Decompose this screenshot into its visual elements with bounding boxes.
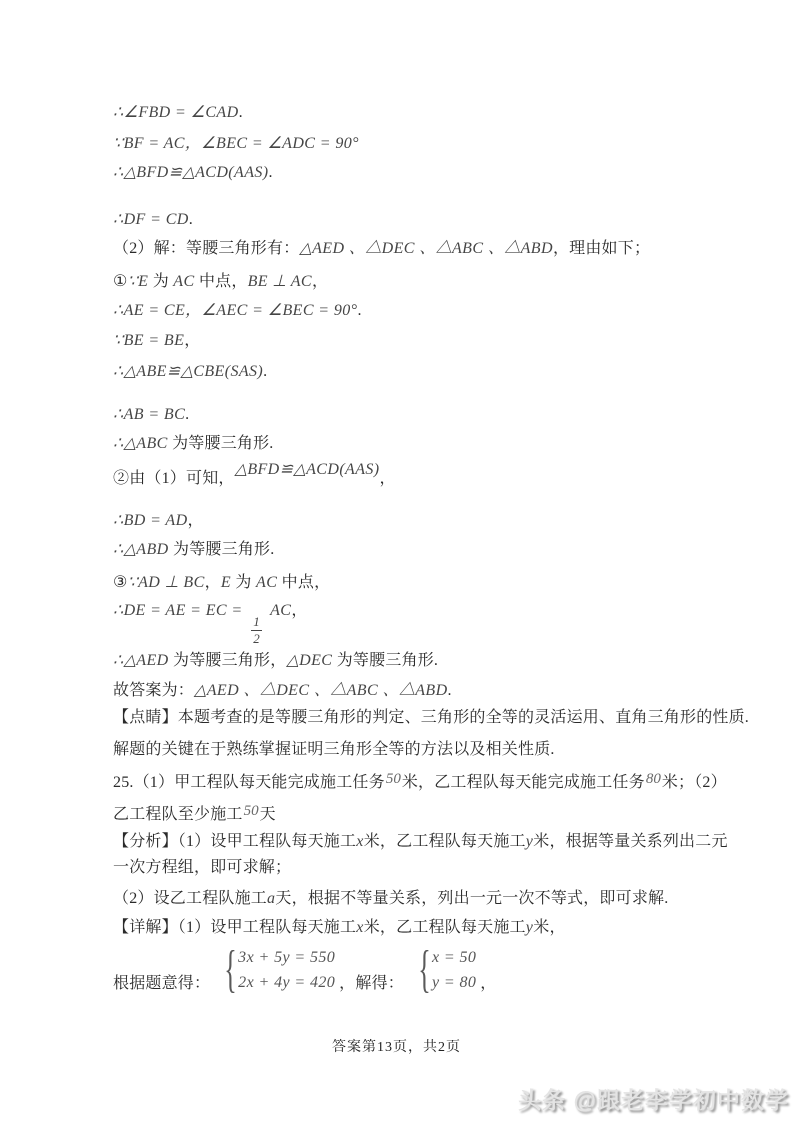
- text-segment: .: [358, 302, 362, 319]
- text-segment: 【点睛】本题考查的是等腰三角形的判定、三角形的全等的灵活运用、直角三角形的性质.: [113, 709, 749, 726]
- text-line: ∴△AED 为等腰三角形，△DEC 为等腰三角形.: [113, 650, 438, 672]
- text-segment: .: [185, 406, 189, 423]
- text-segment: 天: [260, 806, 276, 823]
- text-line: ∴DE = AE = EC = 12 AC，: [113, 600, 308, 645]
- text-segment: 乙工程队至少施工: [113, 806, 243, 823]
- text-segment: ③: [113, 574, 128, 591]
- text-segment: .: [448, 682, 452, 699]
- math-segment: 50: [244, 803, 259, 819]
- text-segment: （2）解：等腰三角形有：: [113, 240, 299, 257]
- math-segment: △BFD≌△ACD(AAS): [235, 461, 380, 478]
- math-segment: 80: [646, 771, 661, 787]
- text-line: ∵BF = AC，∠BEC = ∠ADC = 90°: [113, 133, 359, 155]
- math-segment: ∴∠FBD = ∠CAD: [113, 104, 239, 121]
- text-line: ∴∠FBD = ∠CAD.: [113, 102, 243, 124]
- math-segment: AC: [266, 602, 291, 619]
- text-line: （2）解：等腰三角形有：△AED 、△DEC 、△ABC 、△ABD，理由如下；: [113, 238, 650, 260]
- text-segment: .: [189, 211, 193, 228]
- text-segment: ，: [380, 470, 396, 487]
- text-segment: ，: [480, 973, 496, 996]
- equation-system: {3x + 5y = 5502x + 4y = 420: [218, 944, 335, 996]
- math-segment: △DEC: [286, 652, 336, 669]
- math-segment: ∴△ABD: [113, 541, 173, 558]
- text-segment: ，: [205, 574, 221, 591]
- text-segment: ，: [188, 512, 204, 529]
- math-segment: ∴△BFD≌△ACD(AAS): [113, 164, 269, 181]
- text-line: ②由（1）可知，△BFD≌△ACD(AAS)，: [113, 468, 396, 490]
- text-segment: ，: [184, 332, 200, 349]
- text-segment: 为: [153, 273, 169, 290]
- left-brace: {: [224, 944, 236, 996]
- math-segment: x: [356, 833, 364, 850]
- math-segment: ∴DE = AE = EC =: [113, 602, 247, 619]
- math-segment: ∴AB = BC: [113, 406, 185, 423]
- text-segment: .: [263, 363, 267, 380]
- text-segment: .: [239, 104, 243, 121]
- text-line: 乙工程队至少施工50天: [113, 804, 276, 826]
- fraction: 12: [251, 615, 262, 645]
- text-segment: 米，: [533, 919, 565, 936]
- math-segment: △AED 、△DEC 、△ABC 、△ABD: [299, 240, 553, 257]
- text-segment: 米，根据等量关系列出二元: [533, 833, 727, 850]
- math-segment: ∵AD ⊥ BC: [128, 574, 205, 591]
- text-segment: 天，根据不等量关系，列出一元一次不等式，即可求解.: [275, 890, 668, 907]
- text-segment: 为: [235, 574, 251, 591]
- equation-row: 3x + 5y = 550: [238, 945, 335, 970]
- text-segment: ②由（1）可知，: [113, 470, 235, 487]
- math-segment: AC: [252, 574, 282, 591]
- text-segment: 【详解】（1）设甲工程队每天施工: [113, 919, 356, 936]
- text-segment: （2）设乙工程队施工: [113, 890, 267, 907]
- math-segment: E: [221, 574, 236, 591]
- text-segment: 米，乙工程队每天施工: [364, 833, 526, 850]
- text-line: ∴△ABD 为等腰三角形.: [113, 539, 274, 561]
- text-segment: ，: [291, 602, 307, 619]
- math-segment: ∵E: [128, 273, 153, 290]
- text-segment: 米；（2）: [662, 774, 727, 791]
- math-segment: ∴BD = AD: [113, 512, 188, 529]
- text-segment: .: [269, 164, 273, 181]
- equation-row: y = 80: [432, 970, 476, 995]
- answer-content: ∴∠FBD = ∠CAD.∵BF = AC，∠BEC = ∠ADC = 90°∴…: [113, 0, 713, 1030]
- math-segment: x: [356, 919, 364, 936]
- text-line: ∴AE = CE，∠AEC = ∠BEC = 90°.: [113, 300, 362, 322]
- equation-system: {x = 50y = 80: [412, 944, 476, 996]
- text-segment: ，: [312, 273, 328, 290]
- text-line: 解题的关键在于熟练掌握证明三角形全等的方法以及相关性质.: [113, 739, 555, 761]
- text-segment: 25.（1）甲工程队每天能完成施工任务: [113, 774, 385, 791]
- math-segment: ∴DF = CD: [113, 211, 189, 228]
- text-segment: 为等腰三角形.: [337, 652, 438, 669]
- math-segment: ∴△AED: [113, 652, 173, 669]
- text-line: ∴△BFD≌△ACD(AAS).: [113, 162, 273, 184]
- text-segment: ①: [113, 273, 128, 290]
- text-line: 【点睛】本题考查的是等腰三角形的判定、三角形的全等的灵活运用、直角三角形的性质.: [113, 707, 749, 729]
- left-brace: {: [418, 944, 430, 996]
- text-segment: 米，乙工程队每天施工: [364, 919, 526, 936]
- text-segment: 中点，: [199, 273, 248, 290]
- text-segment: 解题的关键在于熟练掌握证明三角形全等的方法以及相关性质.: [113, 741, 555, 758]
- text-line: 根据题意得：{3x + 5y = 5502x + 4y = 420，解得：{x …: [113, 944, 496, 996]
- text-line: 【分析】（1）设甲工程队每天施工x米，乙工程队每天施工y米，根据等量关系列出二元: [113, 831, 728, 853]
- text-line: ∴BD = AD，: [113, 510, 204, 532]
- text-segment: ，理由如下；: [553, 240, 650, 257]
- text-segment: 故答案为：: [113, 682, 194, 699]
- text-line: 一次方程组，即可求解；: [113, 857, 291, 879]
- text-segment: 为等腰三角形.: [173, 541, 274, 558]
- text-line: 故答案为：△AED 、△DEC 、△ABC 、△ABD.: [113, 680, 452, 702]
- text-line: ∴△ABC 为等腰三角形.: [113, 433, 274, 455]
- text-line: ①∵E 为 AC 中点，BE ⊥ AC，: [113, 271, 328, 293]
- page-footer: 答案第13页，共2页: [0, 1036, 793, 1056]
- document-page: ∴∠FBD = ∠CAD.∵BF = AC，∠BEC = ∠ADC = 90°∴…: [0, 0, 793, 1121]
- text-segment: 【分析】（1）设甲工程队每天施工: [113, 833, 356, 850]
- text-segment: 中点，: [282, 574, 331, 591]
- equation-row: x = 50: [432, 945, 476, 970]
- math-segment: △AED 、△DEC 、△ABC 、△ABD: [194, 682, 448, 699]
- text-line: ∴DF = CD.: [113, 209, 193, 231]
- math-segment: AC: [169, 273, 199, 290]
- text-segment: 为等腰三角形，: [173, 652, 286, 669]
- text-line: ∴AB = BC.: [113, 404, 189, 426]
- text-line: （2）设乙工程队施工a天，根据不等量关系，列出一元一次不等式，即可求解.: [113, 888, 668, 910]
- math-segment: ∴AE = CE，∠AEC = ∠BEC = 90°: [113, 302, 358, 319]
- text-line: ∴△ABE≌△CBE(SAS).: [113, 361, 267, 383]
- math-segment: ∵BE = BE: [113, 332, 184, 349]
- text-segment: 根据题意得：: [113, 973, 210, 996]
- text-segment: 为等腰三角形.: [172, 435, 273, 452]
- equation-row: 2x + 4y = 420: [238, 970, 335, 995]
- text-line: ∵BE = BE，: [113, 330, 200, 352]
- watermark: 头条 @跟老李学初中数学: [518, 1082, 789, 1115]
- text-line: ③∵AD ⊥ BC，E 为 AC 中点，: [113, 572, 330, 594]
- text-segment: 米，乙工程队每天能完成施工任务: [402, 774, 645, 791]
- math-segment: ∴△ABE≌△CBE(SAS): [113, 363, 263, 380]
- text-segment: 一次方程组，即可求解；: [113, 859, 291, 876]
- text-line: 【详解】（1）设甲工程队每天施工x米，乙工程队每天施工y米，: [113, 917, 566, 939]
- math-segment: 50: [386, 771, 401, 787]
- math-segment: ∵BF = AC，∠BEC = ∠ADC = 90°: [113, 135, 359, 152]
- math-segment: BE ⊥ AC: [248, 273, 312, 290]
- text-segment: ，解得：: [339, 973, 404, 996]
- text-line: 25.（1）甲工程队每天能完成施工任务50米，乙工程队每天能完成施工任务80米；…: [113, 772, 727, 794]
- math-segment: ∴△ABC: [113, 435, 172, 452]
